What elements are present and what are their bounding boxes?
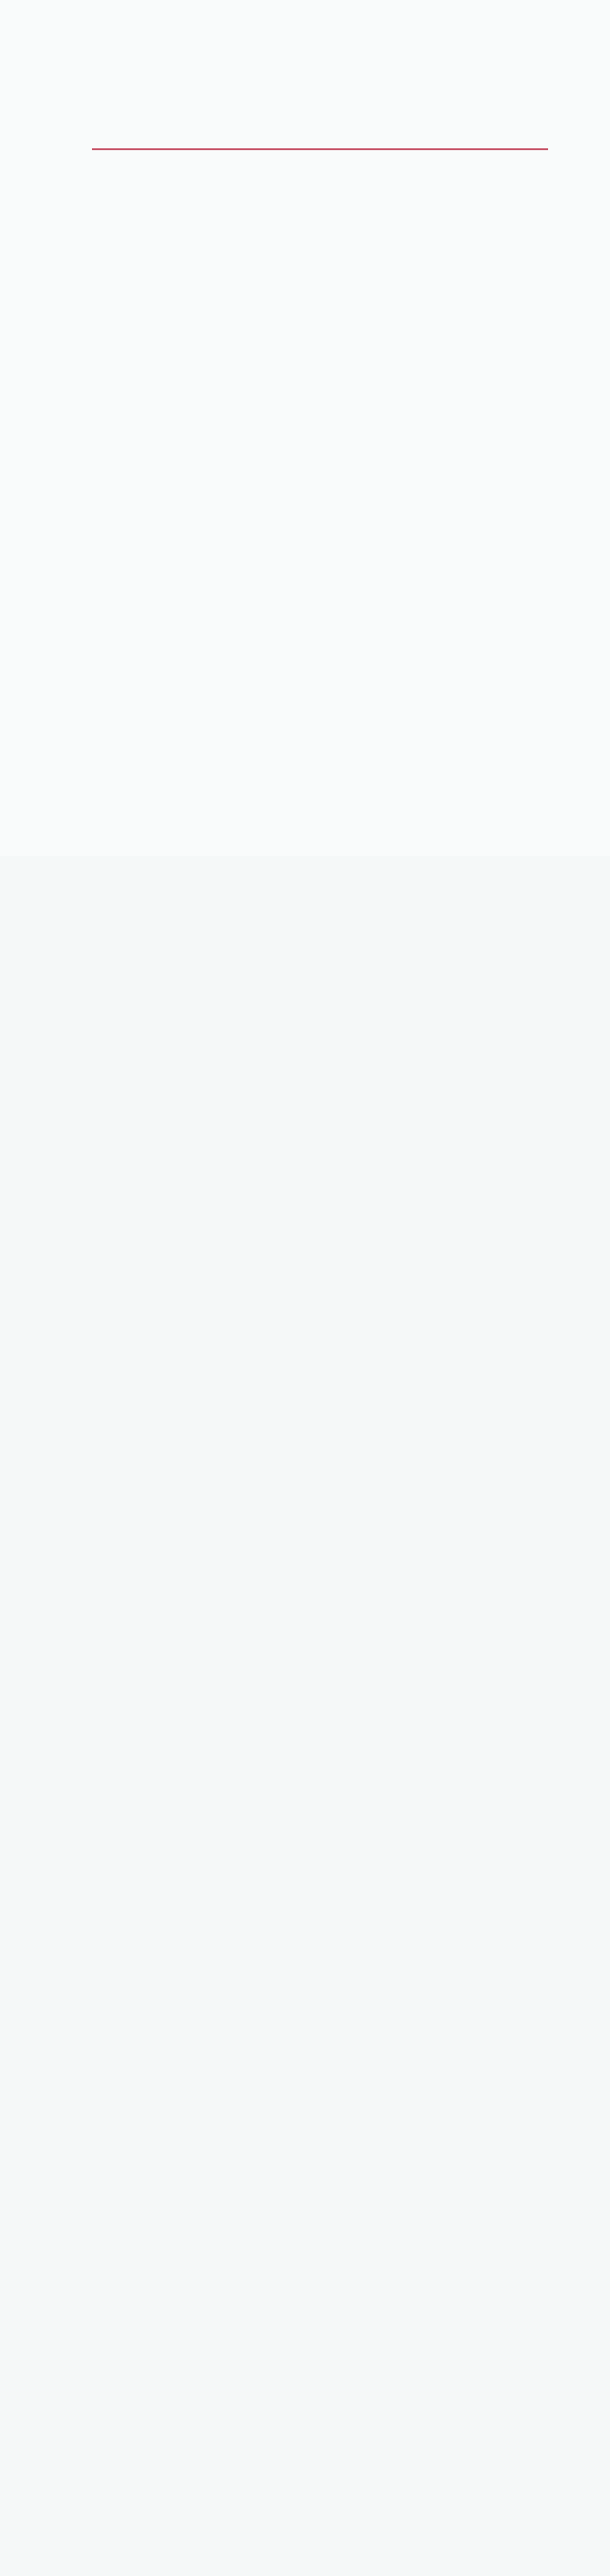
letterhead-divider — [92, 148, 548, 150]
page-1 — [0, 0, 610, 856]
